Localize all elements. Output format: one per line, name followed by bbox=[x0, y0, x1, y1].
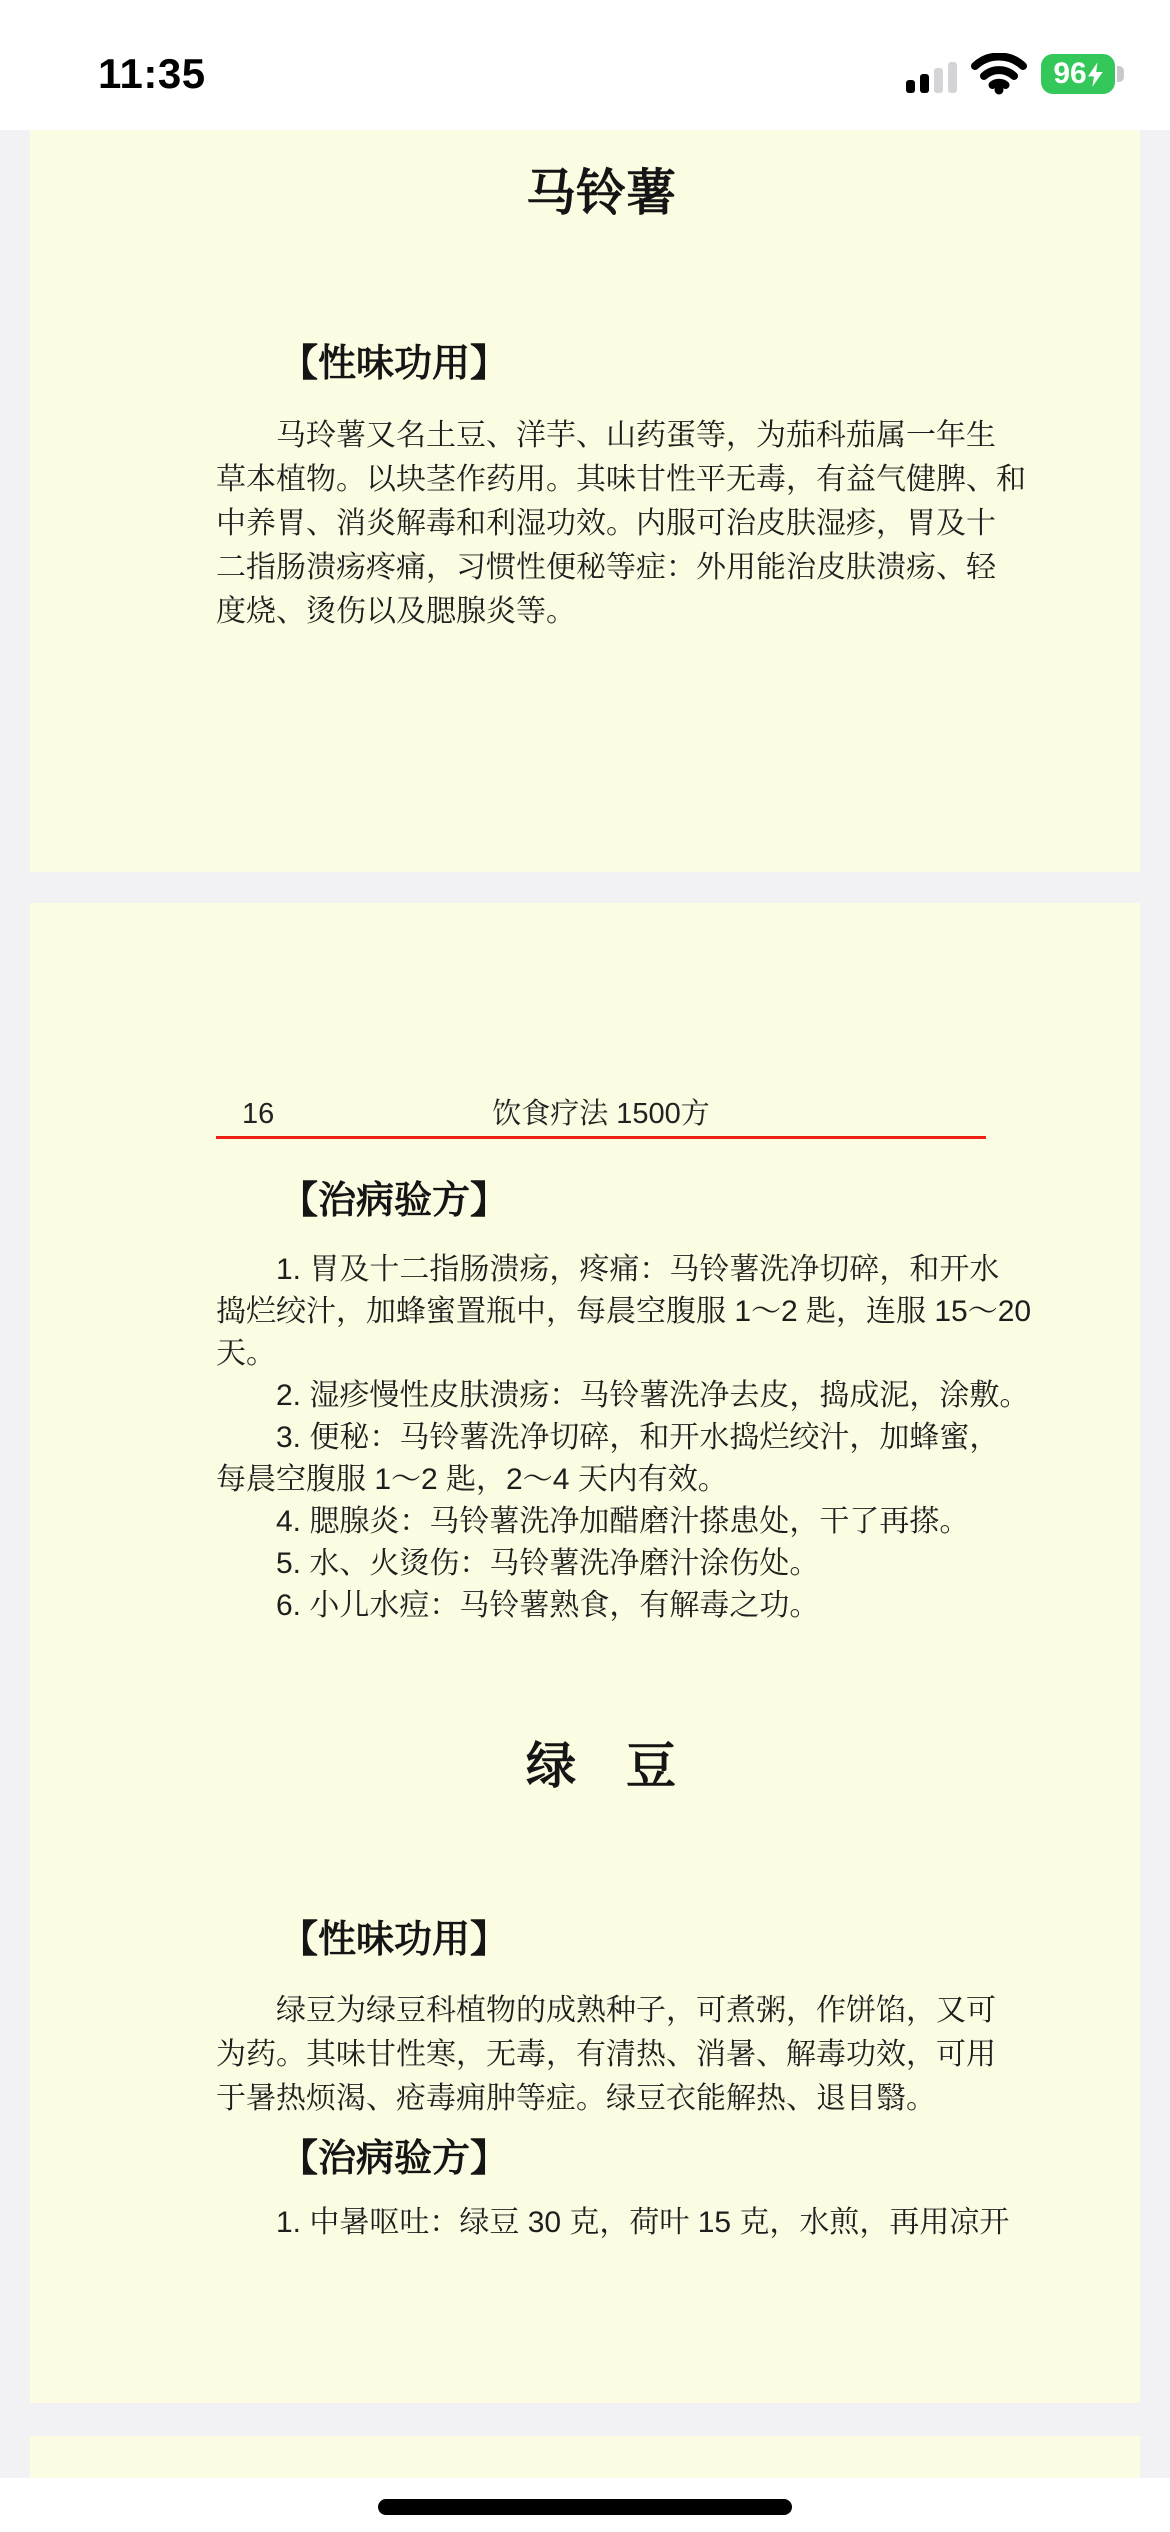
properties-paragraph: 绿豆为绿豆科植物的成熟种子，可煮粥，作饼馅，又可为药。其味甘性寒，无毒，有清热、… bbox=[216, 1989, 986, 2121]
text-line: 中养胃、消炎解毒和利湿功效。内服可治皮肤湿疹，胃及十 bbox=[216, 502, 986, 546]
cellular-signal-icon bbox=[906, 53, 957, 96]
page-number: 16 bbox=[242, 1096, 274, 1132]
status-bar: 11:35 96 bbox=[0, 0, 1170, 130]
clock-label: 11:35 bbox=[98, 50, 206, 98]
text-line: 草本植物。以块茎作药用。其味甘性平无毒，有益气健脾、和 bbox=[216, 458, 986, 502]
book-title: 饮食疗法 1500方 bbox=[216, 1096, 986, 1132]
battery-nub bbox=[1117, 66, 1124, 82]
book-page-next-sliver[interactable] bbox=[30, 2436, 1140, 2478]
battery-percent: 96 bbox=[1053, 54, 1086, 94]
wifi-icon bbox=[971, 53, 1027, 95]
section-heading-properties: 【性味功用】 bbox=[280, 340, 986, 388]
text-line: 4. 腮腺炎：马铃薯洗净加醋磨汁搽患处，干了再搽。 bbox=[216, 1501, 986, 1543]
text-line: 6. 小儿水痘：马铃薯熟食，有解毒之功。 bbox=[216, 1585, 986, 1627]
text-line: 天。 bbox=[216, 1333, 986, 1375]
entry-title-mung-bean: 绿 豆 bbox=[216, 1734, 986, 1798]
text-line: 5. 水、火烫伤：马铃薯洗净磨汁涂伤处。 bbox=[216, 1543, 986, 1585]
battery-icon: 96 bbox=[1041, 54, 1124, 94]
text-line: 1. 中暑呕吐：绿豆 30 克，荷叶 15 克，水煎，再用凉开 bbox=[216, 2201, 986, 2245]
charging-bolt-icon bbox=[1088, 61, 1103, 88]
book-page-potato[interactable]: 马铃薯 【性味功用】 马玲薯又名土豆、洋芋、山药蛋等，为茄科茄属一年生草本植物。… bbox=[30, 130, 1140, 872]
section-heading-remedies: 【治病验方】 bbox=[280, 2135, 986, 2183]
text-line: 3. 便秘：马铃薯洗净切碎，和开水捣烂绞汁，加蜂蜜， bbox=[216, 1417, 986, 1459]
status-icons: 96 bbox=[906, 52, 1124, 96]
section-heading-remedies: 【治病验方】 bbox=[280, 1177, 986, 1225]
reader-screen: 11:35 96 马铃薯 【性味功用】 bbox=[0, 0, 1170, 2532]
page-column: 16 饮食疗法 1500方 【治病验方】 1. 胃及十二指肠溃疡，疼痛：马铃薯洗… bbox=[216, 903, 986, 2245]
text-line: 每晨空腹服 1～2 匙，2～4 天内有效。 bbox=[216, 1459, 986, 1501]
properties-paragraph: 马玲薯又名土豆、洋芋、山药蛋等，为茄科茄属一年生草本植物。以块茎作药用。其味甘性… bbox=[216, 414, 986, 634]
text-line: 1. 胃及十二指肠溃疡，疼痛：马铃薯洗净切碎，和开水 bbox=[216, 1249, 986, 1291]
text-line: 二指肠溃疡疼痛，习惯性便秘等症：外用能治皮肤溃疡、轻 bbox=[216, 546, 986, 590]
text-line: 为药。其味甘性寒，无毒，有清热、消暑、解毒功效，可用 bbox=[216, 2033, 986, 2077]
text-line: 于暑热烦渴、疮毒痈肿等症。绿豆衣能解热、退目翳。 bbox=[216, 2077, 986, 2121]
book-page-16[interactable]: 16 饮食疗法 1500方 【治病验方】 1. 胃及十二指肠溃疡，疼痛：马铃薯洗… bbox=[30, 903, 1140, 2403]
text-line: 捣烂绞汁，加蜂蜜置瓶中，每晨空腹服 1～2 匙，连服 15～20 bbox=[216, 1291, 986, 1333]
home-indicator[interactable] bbox=[378, 2499, 792, 2515]
section-heading-properties: 【性味功用】 bbox=[280, 1916, 986, 1964]
text-line: 度烧、烫伤以及腮腺炎等。 bbox=[216, 590, 986, 634]
remedy-list: 1. 胃及十二指肠溃疡，疼痛：马铃薯洗净切碎，和开水捣烂绞汁，加蜂蜜置瓶中，每晨… bbox=[216, 1249, 986, 1627]
text-line: 绿豆为绿豆科植物的成熟种子，可煮粥，作饼馅，又可 bbox=[216, 1989, 986, 2033]
text-line: 马玲薯又名土豆、洋芋、山药蛋等，为茄科茄属一年生 bbox=[216, 414, 986, 458]
running-header: 16 饮食疗法 1500方 bbox=[216, 1096, 986, 1139]
text-line: 2. 湿疹慢性皮肤溃疡：马铃薯洗净去皮，捣成泥，涂敷。 bbox=[216, 1375, 986, 1417]
page-column: 马铃薯 【性味功用】 马玲薯又名土豆、洋芋、山药蛋等，为茄科茄属一年生草本植物。… bbox=[216, 130, 986, 634]
entry-title-potato: 马铃薯 bbox=[216, 162, 986, 224]
remedy-list: 1. 中暑呕吐：绿豆 30 克，荷叶 15 克，水煎，再用凉开 bbox=[216, 2201, 986, 2245]
bottom-bar bbox=[0, 2478, 1170, 2532]
